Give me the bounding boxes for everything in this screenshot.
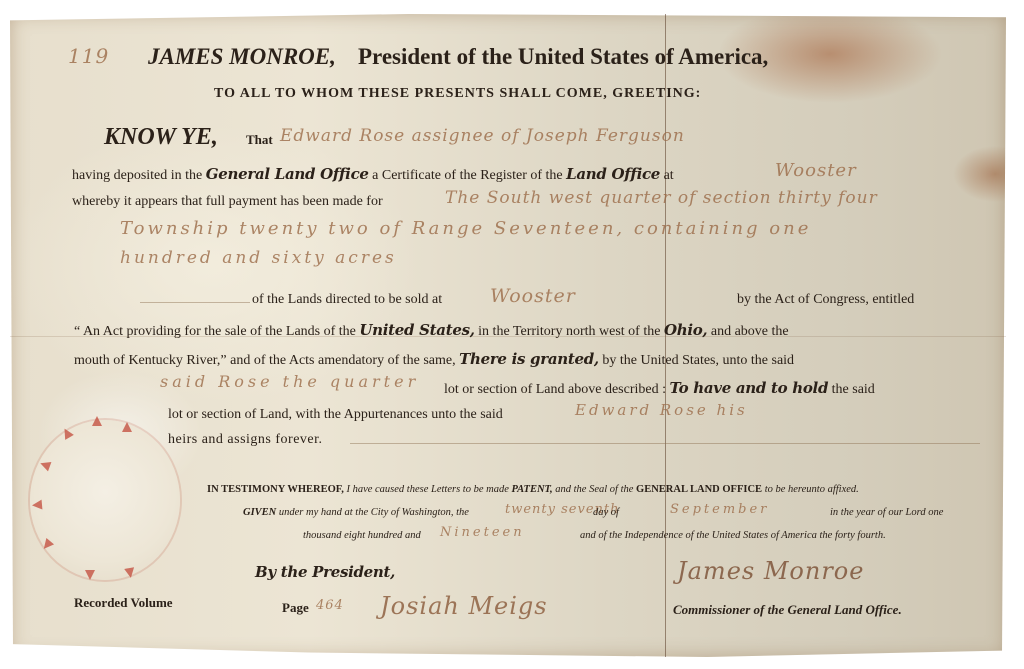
that-word: That <box>246 132 273 148</box>
tract-handwritten-2: Township twenty two of Range Seventeen, … <box>120 218 811 239</box>
commissioner-signature: Josiah Meigs <box>380 592 548 620</box>
tract-handwritten-3: hundred and sixty acres <box>120 248 397 268</box>
closing-rule <box>350 443 980 444</box>
month-handwritten: September <box>670 502 769 517</box>
body-line-2: having deposited in the General Land Off… <box>72 165 674 184</box>
body-line-7: lot or section of Land above described :… <box>444 379 875 398</box>
testimony-line-3b: and of the Independence of the United St… <box>580 530 886 541</box>
president-signature: James Monroe <box>677 557 864 585</box>
president-name: JAMES MONROE, <box>148 44 336 70</box>
line8-handwritten: Edward Rose his <box>575 401 748 419</box>
blank-rule <box>140 302 250 303</box>
tract-handwritten-1: The South west quarter of section thirty… <box>445 188 878 208</box>
paper-seal <box>30 420 180 580</box>
land-office-handwritten: Wooster <box>775 160 857 181</box>
year-handwritten: Nineteen <box>440 525 525 540</box>
testimony-line-1: IN TESTIMONY WHEREOF, I have caused thes… <box>207 484 859 495</box>
page-value: 464 <box>316 598 344 613</box>
body-line-3: whereby it appears that full payment has… <box>72 194 383 210</box>
testimony-line-2a: GIVEN under my hand at the City of Washi… <box>243 507 469 518</box>
by-the-president: By the President, <box>255 563 395 581</box>
grantee-handwritten: Edward Rose assignee of Joseph Ferguson <box>280 126 685 146</box>
body-line-4a: of the Lands directed to be sold at <box>252 292 442 308</box>
president-title: President of the United States of Americ… <box>358 44 768 70</box>
line7-handwritten: said Rose the quarter <box>160 372 419 391</box>
testimony-line-2d: in the year of our Lord one <box>830 507 943 518</box>
sale-place-handwritten: Wooster <box>490 285 576 307</box>
page-label: Page <box>282 600 309 616</box>
body-line-5: “ An Act providing for the sale of the L… <box>74 321 789 340</box>
know-ye: KNOW YE, <box>104 124 218 151</box>
body-line-4b: by the Act of Congress, entitled <box>737 292 914 308</box>
greeting: TO ALL TO WHOM THESE PRESENTS SHALL COME… <box>214 86 701 102</box>
commissioner-title: Commissioner of the General Land Office. <box>673 602 902 618</box>
testimony-day-of: day of <box>593 507 619 518</box>
body-line-6: mouth of Kentucky River,” and of the Act… <box>74 350 794 369</box>
testimony-line-3a: thousand eight hundred and <box>303 530 421 541</box>
body-line-8: lot or section of Land, with the Appurte… <box>168 407 503 423</box>
record-number: 119 <box>68 44 109 68</box>
body-line-9: heirs and assigns forever. <box>168 432 323 448</box>
recorded-volume-label: Recorded Volume <box>74 595 173 611</box>
